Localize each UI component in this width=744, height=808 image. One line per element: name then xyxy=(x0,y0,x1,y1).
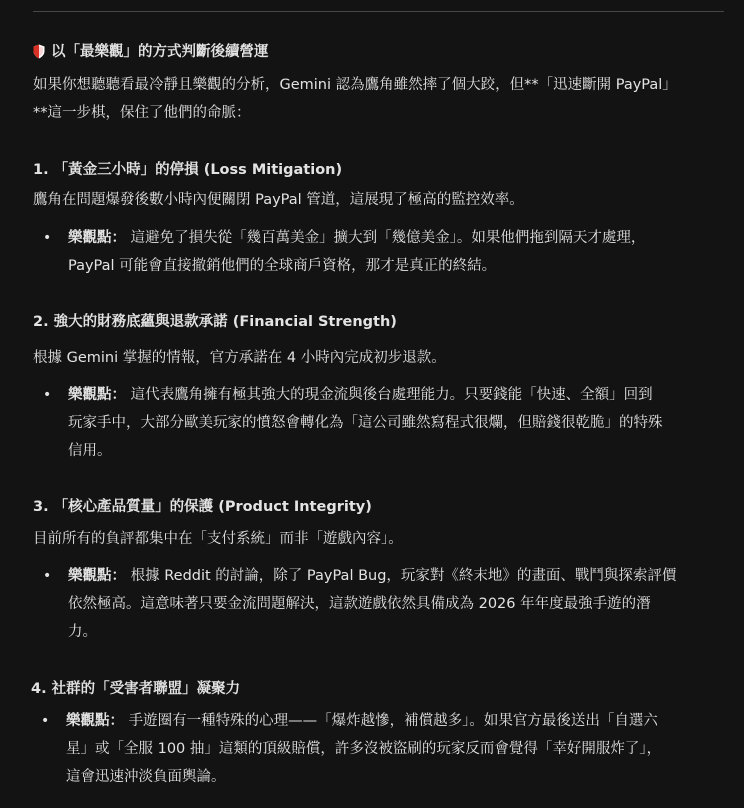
bullet-icon: • xyxy=(43,224,51,252)
section-4-bullet: • 樂觀點： 手遊圈有一種特殊的心理——「爆炸越慘，補償越多」。如果官方最後送出… xyxy=(66,707,726,791)
section-2-heading: 2. 強大的財務底蘊與退款承諾 (Financial Strength) xyxy=(33,310,726,331)
intro-paragraph: 如果你想聽聽看最冷靜且樂觀的分析，Gemini 認為鷹角雖然摔了個大跤，但**「… xyxy=(33,71,726,127)
intro-heading: 以「最樂觀」的方式判斷後續營運 xyxy=(33,40,726,63)
bullet-icon: • xyxy=(41,707,49,735)
section-3-bullet: • 樂觀點： 根據 Reddit 的討論，除了 PayPal Bug，玩家對《終… xyxy=(68,562,726,646)
section-1-bullet: • 樂觀點： 這避免了損失從「幾百萬美金」擴大到「幾億美金」。如果他們拖到隔天才… xyxy=(68,224,726,280)
section-4-heading: 4. 社群的「受害者聯盟」凝聚力 xyxy=(31,677,726,698)
section-2-paragraph: 根據 Gemini 掌握的情報，官方承諾在 4 小時內完成初步退款。 xyxy=(33,344,726,372)
bullet-icon: • xyxy=(43,381,51,409)
section-3-paragraph: 目前所有的負評都集中在「支付系統」而非「遊戲內容」。 xyxy=(33,525,726,553)
section-3-heading: 3. 「核心產品質量」的保護 (Product Integrity) xyxy=(33,495,726,516)
section-2-bullet: • 樂觀點： 這代表鷹角擁有極其強大的現金流與後台處理能力。只要錢能「快速、全額… xyxy=(68,381,726,465)
bullet-icon: • xyxy=(43,562,51,590)
section-1-paragraph: 鷹角在問題爆發後數小時內便關閉 PayPal 管道，這展現了極高的監控效率。 xyxy=(33,186,726,214)
divider xyxy=(33,11,724,12)
shield-icon xyxy=(33,44,45,63)
section-1-heading: 1. 「黃金三小時」的停損 (Loss Mitigation) xyxy=(33,158,726,179)
